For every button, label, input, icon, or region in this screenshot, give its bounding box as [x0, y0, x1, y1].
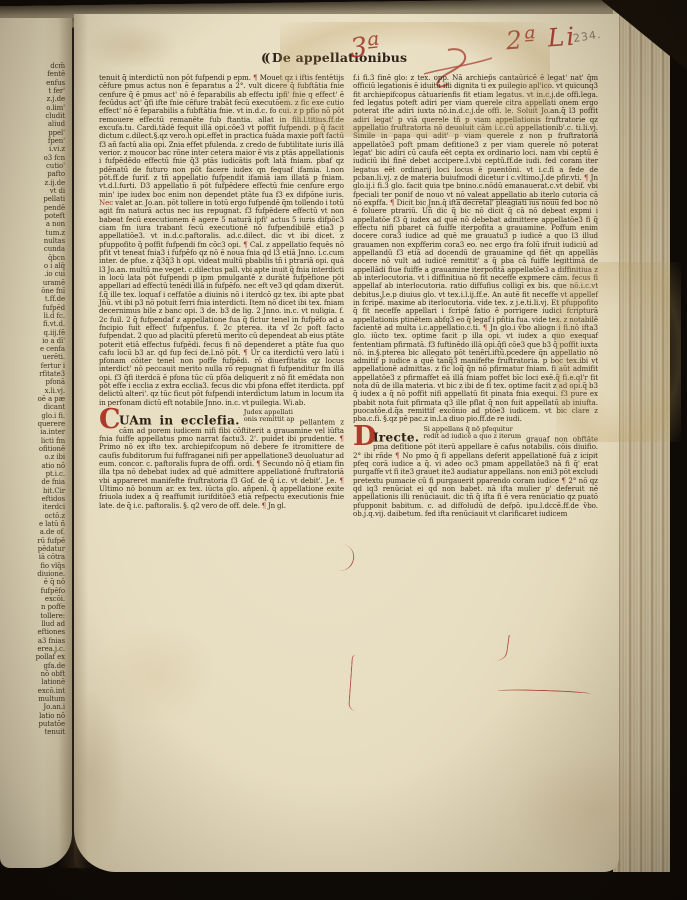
facing-page-line: iā cōtra: [0, 553, 65, 561]
facing-page-line: tollere:: [0, 612, 65, 620]
facing-page-line: a3 fnias: [0, 637, 65, 645]
facing-page-line: tenuit: [0, 728, 65, 736]
facing-page-line: .io cui: [0, 270, 65, 278]
facing-page-line: pfonā: [0, 378, 65, 386]
facing-page-line: tum.z: [0, 229, 65, 237]
facing-page-line: n poffe: [0, 603, 65, 611]
handwritten-mark-left: 3ª: [348, 31, 381, 65]
facing-page-line: cludit: [0, 112, 65, 120]
text-run: Dicit bic Jnn.q̃ ifta decretal' pleagiat…: [353, 198, 598, 332]
facing-page-line: querere: [0, 420, 65, 428]
text-column-left: tenuit q̃ interdictū non pōt fufpendi p …: [99, 74, 344, 518]
right-paragraph-2: grauaf non obftāte pma defitione pōt ite…: [353, 434, 598, 518]
sidenote-line: onis remittit ap: [244, 415, 295, 423]
facing-page-line: nultas: [0, 237, 65, 245]
red-pen-curl: [496, 633, 510, 661]
facing-page-line: uramē: [0, 279, 65, 287]
facing-page-line: de fnia: [0, 478, 65, 486]
lombard-initial-right: D: [353, 426, 371, 447]
facing-page-line: ē q̃ nō: [0, 578, 65, 586]
header-title: De appellationibus: [272, 50, 407, 65]
facing-page-line: rfitate3: [0, 370, 65, 378]
facing-page-line: x.li.vj.: [0, 387, 65, 395]
book-photo: dcm̄fentēenfust fer'z.j.deo.lim'cludital…: [0, 0, 687, 900]
facing-page-line: dcm̄: [0, 62, 65, 70]
facing-page-line: putatōe: [0, 720, 65, 728]
facing-page-edge: dcm̄fentēenfust fer'z.j.deo.lim'cludital…: [0, 18, 72, 868]
lombard-initial-left: C: [99, 409, 117, 430]
facing-page-line: cutio': [0, 162, 65, 170]
facing-page-line: ia.inter: [0, 428, 65, 436]
facing-page-line: pafto: [0, 170, 65, 178]
facing-page-line: poteft: [0, 212, 65, 220]
red-pilcrow-tail-left: [335, 543, 357, 573]
facing-page-line: atio nō: [0, 462, 65, 470]
facing-page-line: fi.vt.d.: [0, 320, 65, 328]
left-paragraph-2: pellantem z cām ad porem iudicem nifi fi…: [99, 417, 344, 509]
facing-page-line: aliud: [0, 120, 65, 128]
facing-page-line: e cenfa: [0, 345, 65, 353]
facing-page-line: rū fufpē: [0, 537, 65, 545]
right-section: DIrecte.Si appellans q̃ nō pfequiturredi…: [353, 426, 598, 519]
facing-page-line: e latū ñ: [0, 520, 65, 528]
facing-page-line: licti fm: [0, 437, 65, 445]
facing-page-line: Jo.an.i: [0, 703, 65, 711]
facing-page-line: fufpēd: [0, 304, 65, 312]
facing-page-line: fio vlq̄s: [0, 562, 65, 570]
facing-page-line: eftiones: [0, 628, 65, 636]
text-run: Ultimo nō bonum ar. ex tex. iūcta glo. a…: [99, 484, 344, 510]
facing-page-line: pollaf ex: [0, 653, 65, 661]
right-paragraph-1: f.i fi.3 finē glo: z tex. opp. Nā archie…: [353, 74, 598, 424]
facing-page-line: ppel': [0, 129, 65, 137]
facing-page-line: eftidos: [0, 495, 65, 503]
facing-page-line: t.ff.de: [0, 295, 65, 303]
red-pen-stroke-long: [497, 689, 591, 697]
handwritten-mark-right: 2ª Li: [505, 22, 577, 56]
facing-page-line: enfus: [0, 79, 65, 87]
facing-page-line: fertur i: [0, 362, 65, 370]
facing-page-line: pt.i.c.: [0, 470, 65, 478]
facing-page-line: t fer': [0, 87, 65, 95]
facing-page-line: uerēti.: [0, 353, 65, 361]
facing-page-line: li.d fc.: [0, 312, 65, 320]
fore-edge-leaves: [613, 8, 670, 872]
facing-page-line: gfa.de: [0, 662, 65, 670]
facing-page-line: ofitionē: [0, 445, 65, 453]
facing-page-line: z.j.de: [0, 95, 65, 103]
facing-page-line: glo.i fi.: [0, 412, 65, 420]
facing-page-line: a.de of.: [0, 528, 65, 536]
facing-page-line: oē a pæ: [0, 395, 65, 403]
facing-page-line: o i alq̄: [0, 262, 65, 270]
text-run: Mouet qz i iftis fentētijs cēfure pmus a…: [99, 73, 344, 199]
facing-page-line: excō.int: [0, 687, 65, 695]
text-block: tenuit q̃ interdictū non pōt fufpendi p …: [99, 74, 599, 518]
facing-page-line: a non: [0, 220, 65, 228]
facing-page-line: o.lim': [0, 104, 65, 112]
facing-page-line: q̄bcn: [0, 254, 65, 262]
facing-page-line: dicant: [0, 403, 65, 411]
facing-page-line: i.vi.z: [0, 145, 65, 153]
header-paragraph-mark-icon: ((: [261, 50, 268, 65]
facing-page-line: q.iij.fē: [0, 329, 65, 337]
facing-page-line: z.ij.de: [0, 179, 65, 187]
facing-page-line: o.z ibi: [0, 453, 65, 461]
gutter-fold: [74, 14, 88, 872]
facing-page-line: fentē: [0, 70, 65, 78]
facing-page-line: nō obft: [0, 670, 65, 678]
facing-page-line: vt di: [0, 187, 65, 195]
sidenote-right: Si appellans q̃ nō pfequiturredit ad iud…: [423, 426, 521, 441]
text-run: Jn glo.i v̄bo aliogn i fi.nō ifta3 glo. …: [353, 323, 598, 424]
facing-page-line: multum: [0, 695, 65, 703]
text-run: Ur ca iterdictū vero latū i pfonam cōite…: [99, 348, 344, 407]
text-column-right: f.i fi.3 finē glo: z tex. opp. Nā archie…: [353, 74, 598, 518]
red-pilcrow-tail-right: [348, 655, 360, 711]
facing-page-line: pendē: [0, 204, 65, 212]
facing-page-line: cunda: [0, 245, 65, 253]
sidenote-line: redit ad iudicē a quo z iterum: [423, 432, 521, 440]
facing-page-line: fpen': [0, 137, 65, 145]
facing-page-line: latio nō: [0, 712, 65, 720]
facing-page-line: lationē: [0, 678, 65, 686]
facing-page-line: pēdatur: [0, 545, 65, 553]
facing-page-line: erea.j.c.: [0, 645, 65, 653]
facing-page-line: fufpēfo: [0, 587, 65, 595]
text-run: Jn gl.: [268, 501, 286, 510]
facing-page-line: iterdci: [0, 503, 65, 511]
facing-page-line: o3 fcn: [0, 154, 65, 162]
facing-page-line: octō.z: [0, 512, 65, 520]
main-page: 234. ((De appellationibus 3ª 2ª Li tenui…: [74, 14, 619, 872]
left-paragraph-1: tenuit q̃ interdictū non pōt fufpendi p …: [99, 74, 344, 407]
facing-page-line: pellati: [0, 195, 65, 203]
text-run: f.i fi.3 finē glo: z tex. opp. Nā archie…: [353, 73, 598, 182]
sidenote-left: Judex appellationis remittit ap: [244, 409, 295, 424]
facing-page-line: excōi.: [0, 595, 65, 603]
facing-page-line: ōne fnī: [0, 287, 65, 295]
facing-page-line: io a dī': [0, 337, 65, 345]
text-run: Cal. z appellatio fequēs nō pfit vt tene…: [99, 240, 344, 357]
facing-page-text: dcm̄fentēenfust fer'z.j.deo.lim'cludital…: [0, 18, 72, 737]
left-section: CUAm in ecclefia.Judex appellationis rem…: [99, 409, 344, 510]
running-header: ((De appellationibus: [261, 50, 407, 65]
facing-page-line: llud ad: [0, 620, 65, 628]
facing-page-line: bit.Cir: [0, 487, 65, 495]
